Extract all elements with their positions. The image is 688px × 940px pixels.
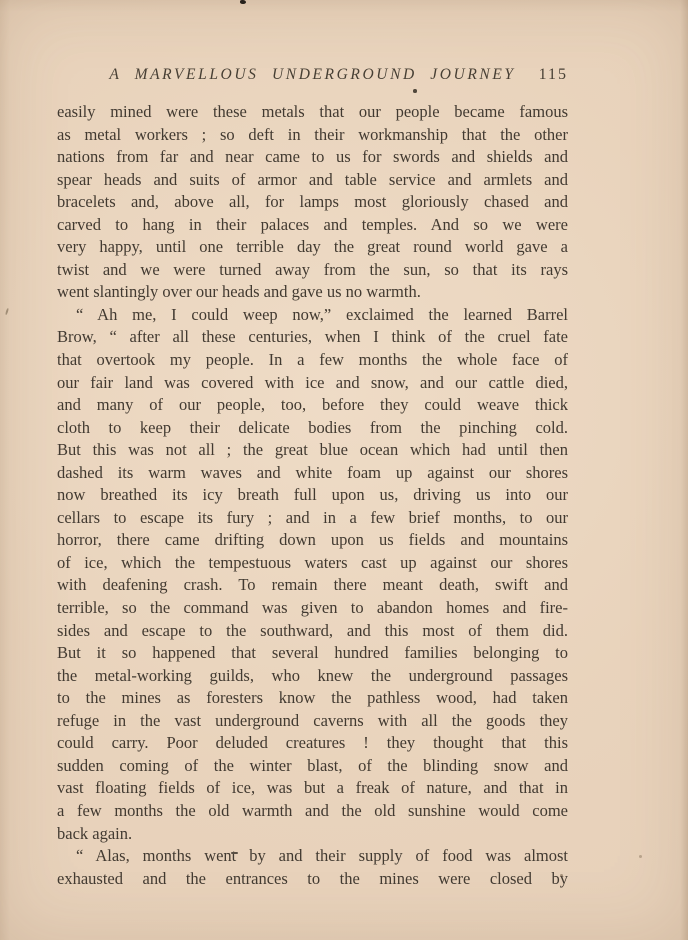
text-line: that overtook my people. In a few months…	[57, 349, 568, 372]
text-line: nations from far and near came to us for…	[57, 146, 568, 169]
text-line: to the mines as foresters know the pathl…	[57, 687, 568, 710]
text-line: refuge in the vast underground caverns w…	[57, 710, 568, 733]
text-line: as metal workers ; so deft in their work…	[57, 124, 568, 147]
text-line: “ Ah me, I could weep now,” exclaimed th…	[57, 304, 568, 327]
ink-speck	[5, 308, 9, 315]
text-line: back again.	[57, 823, 568, 846]
text-line: terrible, so the command was given to ab…	[57, 597, 568, 620]
text-line: a few months the old warmth and the old …	[57, 800, 568, 823]
text-line: sides and escape to the southward, and t…	[57, 620, 568, 643]
text-line: bracelets and, above all, for lamps most…	[57, 191, 568, 214]
text-line: vast floating fields of ice, was but a f…	[57, 777, 568, 800]
text-line: cloth to keep their delicate bodies from…	[57, 417, 568, 440]
text-line: spear heads and suits of armor and table…	[57, 169, 568, 192]
ink-speck	[639, 855, 642, 858]
ink-speck	[231, 852, 238, 854]
text-line: Brow, “ after all these centuries, when …	[57, 326, 568, 349]
text-line: “ Alas, months went by and their supply …	[57, 845, 568, 868]
text-line: But this was not all ; the great blue oc…	[57, 439, 568, 462]
text-line: could carry. Poor deluded creatures ! th…	[57, 732, 568, 755]
text-line: carved to hang in their palaces and temp…	[57, 214, 568, 237]
ink-speck	[413, 89, 417, 93]
text-line: sudden coming of the winter blast, of th…	[57, 755, 568, 778]
text-line: easily mined were these metals that our …	[57, 101, 568, 124]
text-line: exhausted and the entrances to the mines…	[57, 868, 568, 891]
text-line: very happy, until one terrible day the g…	[57, 236, 568, 259]
page-number: 115	[539, 66, 568, 84]
book-page: A MARVELLOUS UNDERGROUND JOURNEY 115 eas…	[0, 0, 688, 940]
paragraph: “ Ah me, I could weep now,” exclaimed th…	[57, 304, 568, 845]
paragraph: easily mined were these metals that our …	[57, 101, 568, 304]
page-body: easily mined were these metals that our …	[57, 101, 568, 890]
text-line: dashed its warm waves and white foam up …	[57, 462, 568, 485]
ink-speck	[560, 874, 563, 877]
text-line: of ice, which the tempestuous waters cas…	[57, 552, 568, 575]
ink-speck	[240, 0, 246, 4]
text-line: But it so happened that several hundred …	[57, 642, 568, 665]
text-line: cellars to escape its fury ; and in a fe…	[57, 507, 568, 530]
running-title: A MARVELLOUS UNDERGROUND JOURNEY	[57, 66, 568, 84]
page-header: A MARVELLOUS UNDERGROUND JOURNEY 115	[57, 66, 568, 90]
text-line: horror, there came drifting down upon us…	[57, 529, 568, 552]
text-line: with deafening crash. To remain there me…	[57, 574, 568, 597]
text-line: went slantingly over our heads and gave …	[57, 281, 568, 304]
paragraph: “ Alas, months went by and their supply …	[57, 845, 568, 890]
text-line: and many of our people, too, before they…	[57, 394, 568, 417]
text-line: our fair land was covered with ice and s…	[57, 372, 568, 395]
text-line: the metal-working guilds, who knew the u…	[57, 665, 568, 688]
text-line: twist and we were turned away from the s…	[57, 259, 568, 282]
text-line: now breathed its icy breath full upon us…	[57, 484, 568, 507]
